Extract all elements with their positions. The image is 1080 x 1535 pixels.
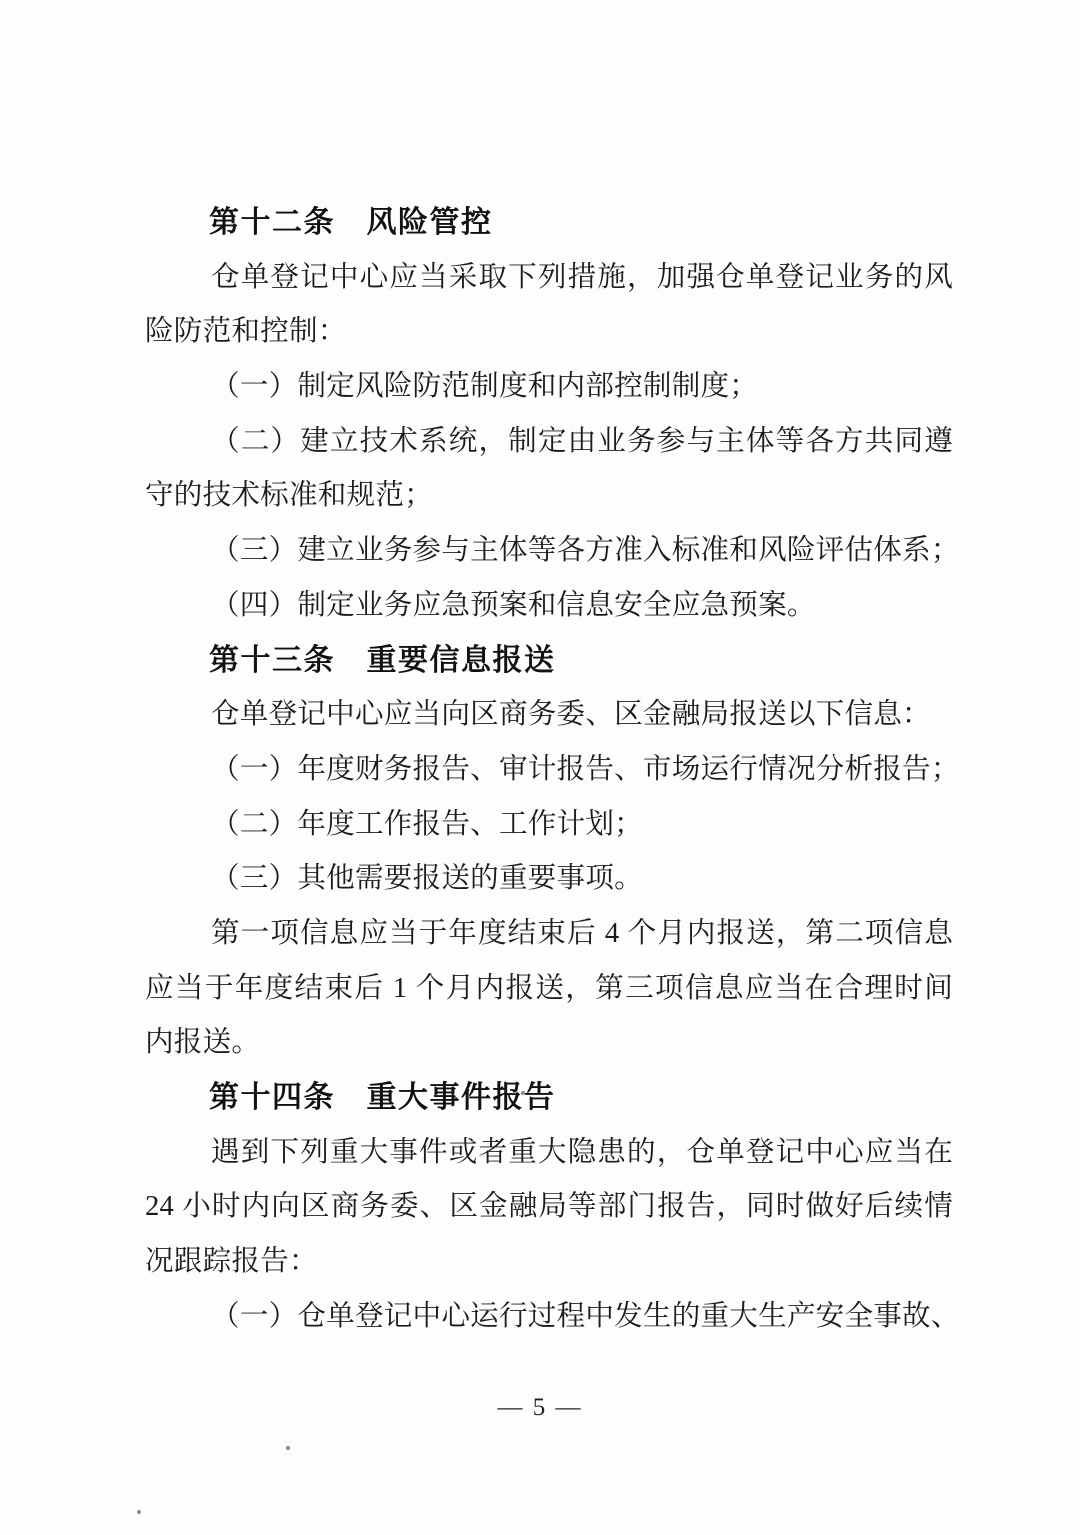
document-body: 第十二条 风险管控 仓单登记中心应当采取下列措施，加强仓单登记业务的风 险防范和… [145, 196, 953, 1344]
paragraph-line: 第一项信息应当于年度结束后 4 个月内报送，第二项信息 [145, 907, 953, 962]
paragraph-line: 仓单登记中心应当采取下列措施，加强仓单登记业务的风 [145, 251, 953, 306]
paragraph-line: 况跟踪报告： [145, 1235, 953, 1290]
scan-speck [137, 1510, 141, 1514]
list-item-line: （二）年度工作报告、工作计划； [145, 798, 953, 853]
scan-speck [521, 1091, 525, 1095]
paragraph-line: 险防范和控制： [145, 305, 953, 360]
article-heading-12: 第十二条 风险管控 [145, 196, 953, 251]
document-page: { "doc": { "lines": [ "第十二条 风险管控", "仓单登记… [0, 0, 1080, 1535]
list-item-line: （三）建立业务参与主体等各方准入标准和风险评估体系； [145, 524, 953, 579]
list-item-line: （一）年度财务报告、审计报告、市场运行情况分析报告； [145, 743, 953, 798]
list-item-line: （一）仓单登记中心运行过程中发生的重大生产安全事故、 [145, 1290, 953, 1345]
list-item-line: （四）制定业务应急预案和信息安全应急预案。 [145, 579, 953, 634]
article-heading-13: 第十三条 重要信息报送 [145, 634, 953, 689]
paragraph-line: 仓单登记中心应当向区商务委、区金融局报送以下信息： [145, 688, 953, 743]
list-item-line: （一）制定风险防范制度和内部控制制度； [145, 360, 953, 415]
paragraph-line: 遇到下列重大事件或者重大隐患的，仓单登记中心应当在 [145, 1126, 953, 1181]
list-item-line: 守的技术标准和规范； [145, 469, 953, 524]
paragraph-line: 内报送。 [145, 1016, 953, 1071]
article-heading-14: 第十四条 重大事件报告 [145, 1071, 953, 1126]
paragraph-line: 24 小时内向区商务委、区金融局等部门报告，同时做好后续情 [145, 1180, 953, 1235]
page-number: — 5 — [0, 1394, 1080, 1422]
list-item-line: （二）建立技术系统，制定由业务参与主体等各方共同遵 [145, 415, 953, 470]
list-item-line: （三）其他需要报送的重要事项。 [145, 852, 953, 907]
paragraph-line: 应当于年度结束后 1 个月内报送，第三项信息应当在合理时间 [145, 962, 953, 1017]
scan-speck [286, 1446, 290, 1450]
